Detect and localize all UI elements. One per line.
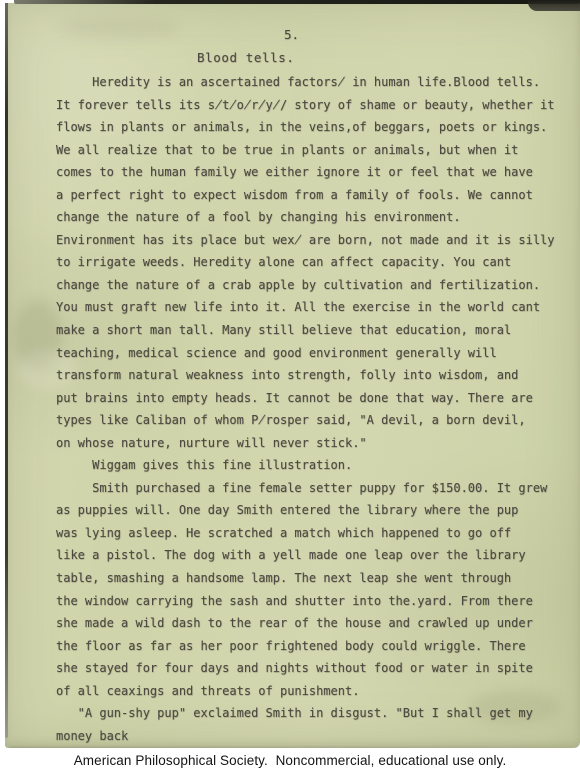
text-line: We all realize that to be true in plants… (56, 139, 556, 162)
text-line: It forever tells its s̸t̸o̸r̸y̸/ story o… (56, 94, 556, 117)
text-line: as puppies will. One day Smith entered t… (56, 499, 556, 522)
text-line: Environment has its place but wex̸ are b… (56, 229, 556, 252)
text-line: was lying asleep. He scratched a match w… (56, 522, 556, 545)
text-line: Wiggam gives this fine illustration. (56, 454, 556, 477)
scan-top-edge (14, 0, 580, 4)
scan-left-edge (5, 3, 8, 738)
text-line: table, smashing a handsome lamp. The nex… (56, 567, 556, 590)
page-number: 5. (284, 27, 299, 42)
typewritten-body: Heredity is an ascertained factors̸ in h… (56, 71, 556, 747)
text-line: "A gun-shy pup" exclaimed Smith in disgu… (56, 702, 556, 725)
attribution-text: American Philosophical Society. Noncomme… (74, 753, 507, 768)
text-line: put brains into empty heads. It cannot b… (56, 387, 556, 410)
text-line: You must graft new life into it. All the… (56, 296, 556, 319)
text-line: transform natural weakness into strength… (56, 364, 556, 387)
text-line: of all ceaxings and threats of punishmen… (56, 680, 556, 703)
text-line: make a short man tall. Many still believ… (56, 319, 556, 342)
text-line: change the nature of a crab apple by cul… (56, 274, 556, 297)
text-line: she stayed for four days and nights with… (56, 657, 556, 680)
text-line: money back (56, 725, 556, 748)
text-line: to irrigate weeds. Heredity alone can af… (56, 251, 556, 274)
text-line: the floor as far as her poor frightened … (56, 635, 556, 658)
text-line: Heredity is an ascertained factors̸ in h… (56, 71, 556, 94)
text-line: a perfect right to expect wisdom from a … (56, 184, 556, 207)
text-line: the window carrying the sash and shutter… (56, 590, 556, 613)
text-line: comes to the human family we either igno… (56, 161, 556, 184)
text-line: change the nature of a fool by changing … (56, 206, 556, 229)
text-line: on whose nature, nurture will never stic… (56, 432, 556, 455)
text-line: Smith purchased a fine female setter pup… (56, 477, 556, 500)
text-line: flows in plants or animals, in the veins… (56, 116, 556, 139)
text-line: types like Caliban of whom P̸rosper said… (56, 409, 556, 432)
text-line: teaching, medical science and good envir… (56, 342, 556, 365)
text-line: like a pistol. The dog with a yell made … (56, 544, 556, 567)
scan-top-right-corner (528, 0, 580, 11)
scanned-document-page: 5. Blood tells. Heredity is an ascertain… (0, 0, 580, 772)
attribution-footer: American Philosophical Society. Noncomme… (0, 748, 580, 772)
text-line: she made a wild dash to the rear of the … (56, 612, 556, 635)
document-title: Blood tells. (197, 50, 295, 65)
